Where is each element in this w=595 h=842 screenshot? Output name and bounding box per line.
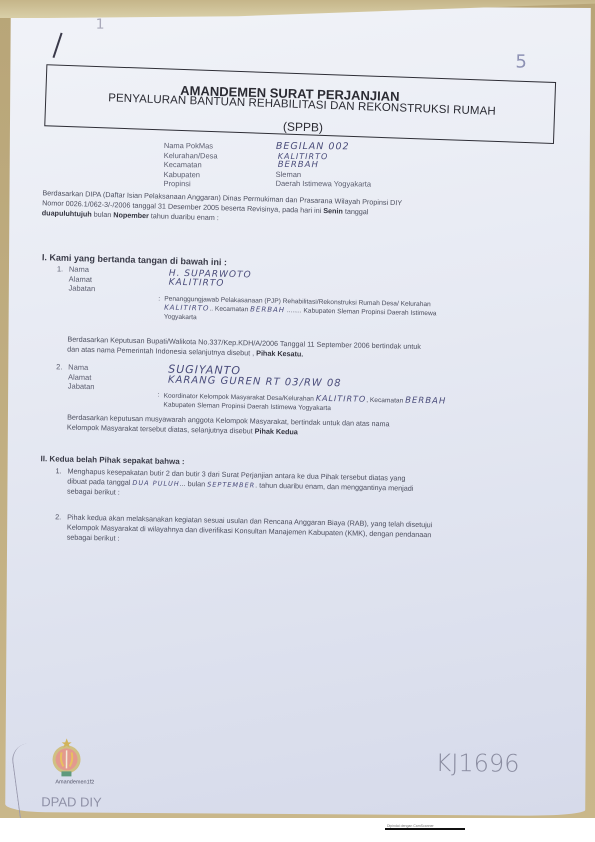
party-1-address: KALITIRTO: [169, 278, 225, 289]
intro-month: Nopember: [113, 210, 149, 220]
watermark-dpad-diy: DPAD DIY: [41, 794, 102, 809]
item-1-month-hand: SEPTEMBER: [207, 480, 255, 489]
party-2-address: KARANG GUREN RT 03/RW 08: [168, 375, 342, 390]
label-kecamatan: Kecamatan: [164, 160, 218, 170]
faint-number-mark: 1: [96, 17, 105, 33]
party-2-position: Koordinator Kelompok Masyarakat Desa/Kel…: [163, 391, 593, 419]
label-propinsi: Propinsi: [164, 179, 218, 189]
label-kabupaten: Kabupaten: [164, 170, 218, 180]
intro-day: Senin: [323, 206, 343, 216]
top-right-number: 5: [515, 52, 527, 73]
party-2-labels: Nama Alamat Jabatan: [68, 363, 95, 392]
document-abbrev: (SPPB): [283, 120, 323, 135]
scanner-caption: Dipindai dengan CamScanner: [387, 824, 434, 828]
party-1-role: Pihak Kesatu.: [256, 349, 303, 359]
section-2-item-2: 2. Pihak kedua akan melaksanakan kegiata…: [55, 512, 595, 553]
scan-background: ~~~~ ~~~~ 1 5 AMANDEMEN SURAT PERJANJIAN…: [0, 0, 595, 818]
party-1-labels: Nama Alamat Jabatan: [68, 265, 95, 294]
emblem-caption: Amandemen1f2: [55, 779, 94, 785]
identity-values: BEGILAN 002 KALITIRTO BERBAH Sleman Daer…: [276, 142, 372, 189]
intro-date-word: duapuluhtujuh: [42, 208, 92, 218]
dpad-emblem-icon: [49, 738, 83, 778]
scanner-caption-underline: [385, 828, 465, 830]
party-2-role: Pihak Kedua: [255, 426, 298, 436]
identity-labels: Nama PokMas Kelurahan/Desa Kecamatan Kab…: [164, 141, 218, 189]
party-2-kecamatan: BERBAH: [405, 396, 446, 407]
party-1-position: Penanggungjawab Pelakasanaan (PJP) Rehab…: [164, 295, 594, 331]
party-2-desa: KALITIRTO: [316, 394, 367, 404]
party-2-block: 2. Nama Alamat Jabatan SUGIYANTO KARANG …: [55, 362, 595, 443]
intro-paragraph: Berdasarkan DIPA (Daftar Isian Pelaksana…: [42, 188, 595, 234]
paper-edge-line: [10, 743, 37, 818]
party-1-block: 1. Nama Alamat Jabatan H. SUPARWOTO KALI…: [55, 264, 595, 365]
item-1-date-hand: DUA PULUH: [132, 479, 179, 488]
document-page: ~~~~ ~~~~ 1 5 AMANDEMEN SURAT PERJANJIAN…: [5, 4, 591, 816]
section-2-heading: II. Kedua belah Pihak sepakat bahwa :: [40, 454, 184, 466]
section-2-item-1: 1. Menghapus kesepakatan butir 2 dan but…: [55, 466, 595, 507]
value-propinsi: Daerah Istimewa Yogyakarta: [276, 179, 372, 189]
party-1-kecamatan: BERBAH: [250, 305, 285, 314]
label-nama-pokmas: Nama PokMas: [164, 141, 218, 151]
top-left-number-mark: [52, 33, 62, 58]
party-1-desa: KALITIRTO: [164, 304, 210, 313]
archive-code: KJ1696: [435, 749, 519, 778]
label-kelurahan: Kelurahan/Desa: [164, 151, 218, 161]
value-nama-pokmas: BEGILAN 002: [276, 142, 372, 153]
